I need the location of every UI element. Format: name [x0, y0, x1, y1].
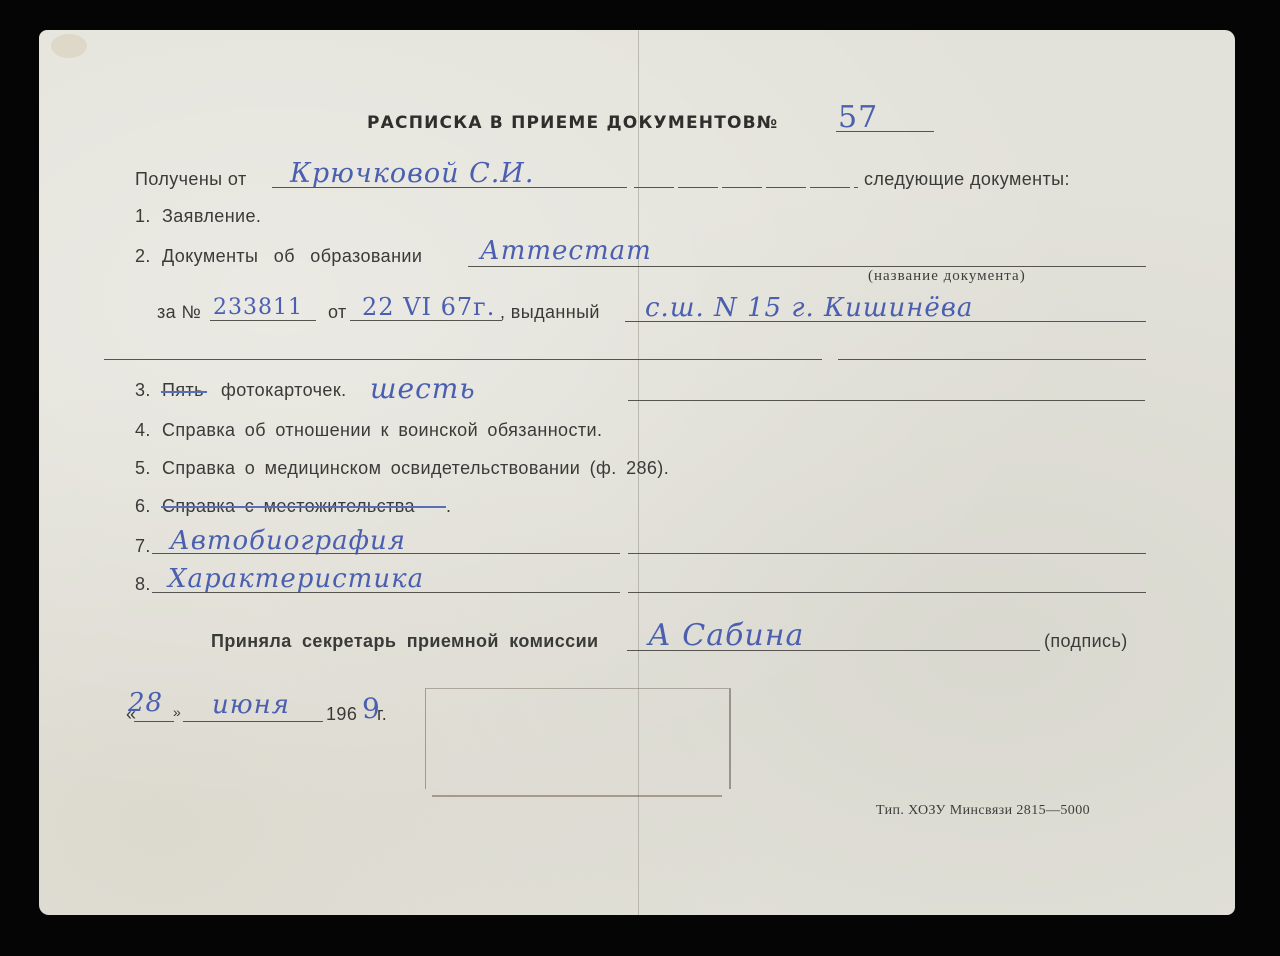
- received-from-value: Крючковой С.И.: [290, 158, 534, 189]
- cert-no-line: [210, 320, 316, 321]
- issued-by-line: [625, 321, 1146, 322]
- cert-no-label: за №: [157, 302, 201, 323]
- document-title: РАСПИСКА В ПРИЕМЕ ДОКУМЕНТОВ№: [367, 113, 778, 133]
- cert-no-value: 233811: [213, 295, 303, 320]
- received-from-line: [272, 187, 627, 188]
- item-6-text: .: [446, 496, 451, 517]
- date-close-quote: »: [173, 704, 181, 720]
- item-3-text: фотокарточек.: [221, 380, 347, 401]
- cert-date-value: 22 VI 67г.: [362, 293, 495, 321]
- item-5-number: 5.: [135, 458, 151, 479]
- accepted-signature: А Сабина: [648, 618, 804, 653]
- date-year-prefix: 196: [326, 704, 357, 725]
- item-6-strikethrough: [161, 506, 446, 508]
- cert-date-label: от: [328, 302, 347, 323]
- item-2-number: 2.: [135, 246, 151, 267]
- cert-date-line: [350, 320, 502, 321]
- faded-stamp: [425, 688, 731, 789]
- continuation-line-left: [104, 359, 822, 360]
- following-docs-label: следующие документы:: [864, 169, 1070, 190]
- item-7-line: [152, 553, 620, 554]
- signature-caption: (подпись): [1044, 631, 1128, 652]
- received-from-line-2: [634, 187, 858, 188]
- item-2-value: Аттестат: [480, 236, 652, 266]
- received-from-label: Получены от: [135, 169, 247, 190]
- date-day-line: [134, 721, 174, 722]
- item-3-line: [628, 400, 1145, 401]
- item-3-number: 3.: [135, 380, 151, 401]
- item-3-value: шесть: [370, 372, 476, 405]
- date-year-unit: г.: [377, 704, 387, 725]
- issued-by-label: , выданный: [500, 302, 600, 323]
- issued-by-value: с.ш. N 15 г. Кишинёва: [645, 293, 973, 323]
- item-4-text: Справка об отношении к воинской обязанно…: [162, 420, 602, 441]
- date-month-line: [183, 721, 323, 722]
- item-8-line-2: [628, 592, 1146, 593]
- doc-name-caption: (название документа): [868, 268, 1026, 285]
- item-7-number: 7.: [135, 536, 151, 557]
- faded-stamp-underline: [432, 795, 722, 797]
- receipt-number-line: [836, 131, 934, 132]
- item-6-number: 6.: [135, 496, 151, 517]
- item-1-text: Заявление.: [162, 206, 261, 227]
- item-8-line: [152, 592, 620, 593]
- receipt-number: 57: [838, 100, 878, 135]
- item-1-number: 1.: [135, 206, 151, 227]
- item-2-text: Документы об образовании: [162, 246, 422, 267]
- signature-line: [627, 650, 1040, 651]
- printer-imprint: Тип. ХОЗУ Минсвязи 2815—5000: [876, 803, 1090, 819]
- date-day: 28: [128, 688, 163, 718]
- item-7-value: Автобиография: [170, 526, 406, 556]
- item-5-text: Справка о медицинском освидетельствовани…: [162, 458, 669, 479]
- paper-stain: [51, 34, 87, 58]
- accepted-by-label: Приняла секретарь приемной комиссии: [211, 631, 599, 652]
- continuation-line-right: [838, 359, 1146, 360]
- item-4-number: 4.: [135, 420, 151, 441]
- item-2-line: [468, 266, 1146, 267]
- date-month: июня: [212, 690, 290, 720]
- item-8-value: Характеристика: [168, 564, 424, 594]
- item-8-number: 8.: [135, 574, 151, 595]
- item-3-strikethrough: [161, 391, 207, 393]
- item-7-line-2: [628, 553, 1146, 554]
